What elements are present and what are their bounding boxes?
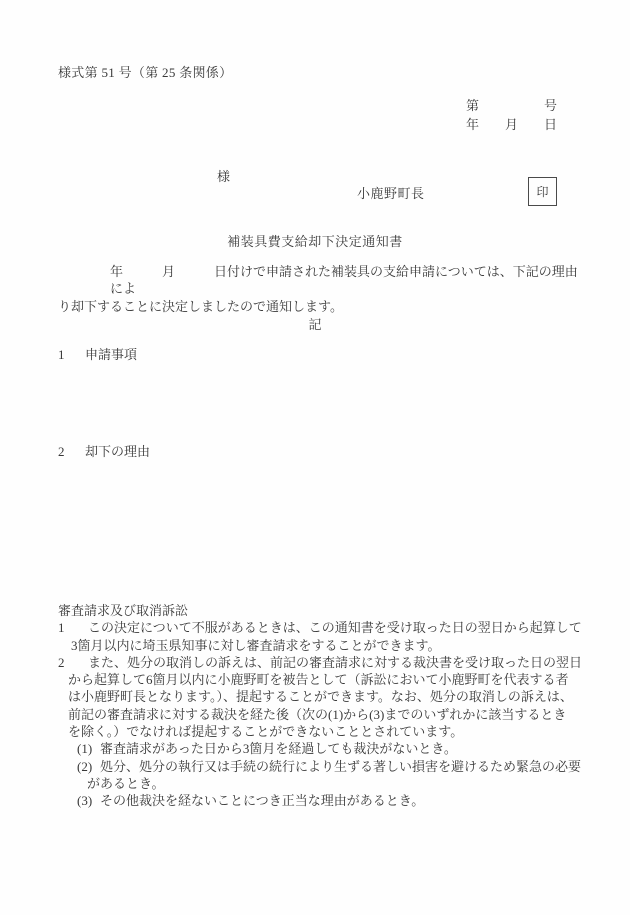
notice-line-text: また、処分の取消しの訴えは、前記の審査請求に対する裁決書を受け取った日の翌日 (88, 655, 582, 670)
body-line: 年 月 日付けで申請された補装具の支給申請については、下記の理由によ (58, 263, 590, 298)
notice-line: 3箇月以内に埼玉県知事に対し審査請求をすることができます。 (58, 637, 603, 654)
notice-heading: 審査請求及び取消訴訟 (58, 602, 603, 619)
date-line: 年 月 日 (466, 116, 557, 135)
rejection-notice-document: 様式第 51 号（第 25 条関係） 第 号 年 月 日 様 小鹿野町長 印 補… (0, 0, 630, 915)
notice-line: を除く。）でなければ提起することができないこととされています。 (58, 723, 603, 740)
notice-line: から起算して6箇月以内に小鹿野町を被告として（訴訟において小鹿野町を代表する者 (58, 671, 603, 688)
notice-line: (3)その他裁決を経ないことにつき正当な理由があるとき。 (58, 792, 603, 809)
section-2-heading: 2却下の理由 (58, 441, 150, 460)
notice-line: があるとき。 (58, 775, 603, 792)
notice-line: (2)処分、処分の執行又は手続の続行により生ずる著しい損害を避けるため緊急の必要 (58, 758, 603, 775)
notice-line-text: その他裁決を経ないことにつき正当な理由があるとき。 (100, 793, 424, 808)
document-title: 補装具費支給却下決定通知書 (0, 231, 630, 250)
section-1-heading: 1申請事項 (58, 344, 137, 363)
section-label: 申請事項 (85, 347, 137, 362)
notice-line: は小鹿野町長となります。）、提起することができます。なお、処分の取消しの訴えは、 (58, 688, 603, 705)
addressee-honorific: 様 (217, 166, 230, 185)
notice-line: 2また、処分の取消しの訴えは、前記の審査請求に対する裁決書を受け取った日の翌日 (58, 654, 603, 671)
notice-subitem-number: (3) (77, 792, 100, 809)
notice-line-text: 処分、処分の執行又は手続の続行により生ずる著しい損害を避けるため緊急の必要 (100, 759, 581, 774)
section-number: 1 (58, 347, 85, 363)
notice-subitem-number: (2) (77, 758, 100, 775)
notice-line-text: この決定について不服があるときは、この通知書を受け取った日の翌日から起算して (88, 620, 582, 635)
body-paragraph: 年 月 日付けで申請された補装具の支給申請については、下記の理由によ り却下する… (58, 263, 590, 315)
document-number-line: 第 号 (466, 97, 557, 116)
seal-label: 印 (536, 183, 548, 200)
section-label: 却下の理由 (85, 444, 150, 459)
issuer-title: 小鹿野町長 (357, 183, 425, 202)
appeal-notice-block: 審査請求及び取消訴訟 1この決定について不服があるときは、この通知書を受け取った… (58, 602, 603, 810)
notice-line: 1この決定について不服があるときは、この通知書を受け取った日の翌日から起算して (58, 619, 603, 636)
seal-placeholder-box: 印 (528, 177, 557, 206)
notice-item-number: 2 (58, 654, 88, 671)
section-number: 2 (58, 444, 85, 460)
notice-subitem-number: (1) (77, 740, 100, 757)
notice-line: (1)審査請求があった日から3箇月を経過しても裁決がないとき。 (58, 740, 603, 757)
notice-item-number: 1 (58, 619, 88, 636)
form-number: 様式第 51 号（第 25 条関係） (58, 62, 232, 81)
body-line: り却下することに決定しましたので通知します。 (58, 298, 590, 315)
notice-line-text: 審査請求があった日から3箇月を経過しても裁決がないとき。 (100, 741, 457, 756)
document-number-block: 第 号 年 月 日 (466, 97, 557, 134)
notice-line: 前記の審査請求に対する裁決を経た後（次の(1)から(3)までのいずれかに該当する… (58, 706, 603, 723)
ki-marker: 記 (0, 314, 630, 333)
